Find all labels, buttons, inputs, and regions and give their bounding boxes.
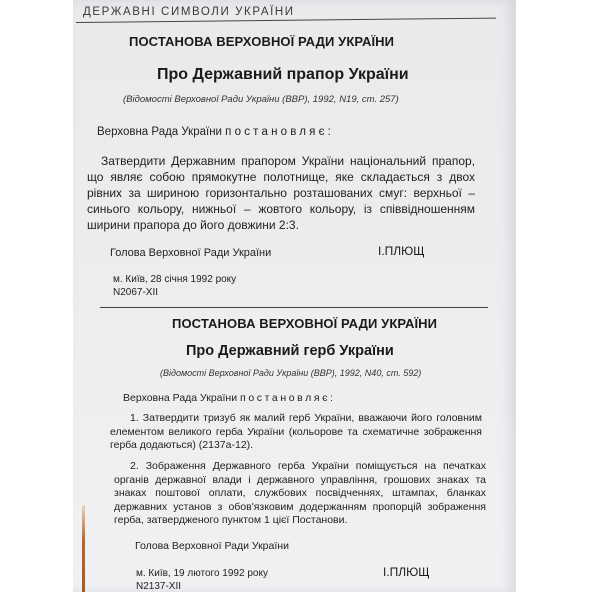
law-title-flag: Про Державний прапор України — [157, 66, 409, 84]
signatory-title-arms: Голова Верховної Ради України — [135, 540, 289, 552]
place-date-flag: м. Київ, 28 січня 1992 року N2067-XII — [113, 273, 236, 299]
signatory-name-arms: І.ПЛЮЩ — [383, 565, 430, 579]
preamble-arms: Верховна Рада України постановляє: — [123, 392, 336, 404]
decree-number-flag: N2067-XII — [113, 286, 236, 299]
preamble-lead: Верховна Рада України — [97, 126, 225, 138]
source-reference-arms: (Відомості Верховної Ради України (ВВР),… — [160, 368, 421, 378]
decree-title-flag: ПОСТАНОВА ВЕРХОВНОЇ РАДИ УКРАЇНИ — [129, 34, 394, 49]
place-date-arms: м. Київ, 19 лютого 1992 року N2137-XII — [136, 567, 268, 593]
running-head: ДЕРЖАВНІ СИМВОЛИ УКРАЇНИ — [83, 6, 295, 18]
arms-paragraph-1: 1. Затвердити тризуб як малий герб Украї… — [110, 412, 482, 453]
arms-paragraph-2: 2. Зображення Державного герба України п… — [114, 460, 486, 528]
date-flag: м. Київ, 28 січня 1992 року — [113, 273, 236, 286]
law-title-arms: Про Державний герб України — [186, 343, 394, 359]
preamble-verb: постановляє: — [240, 392, 336, 404]
decree-title-arms: ПОСТАНОВА ВЕРХОВНОЇ РАДИ УКРАЇНИ — [172, 316, 437, 331]
flag-paragraph-1: Затвердити Державним прапором України на… — [87, 153, 475, 233]
book-cover-edge — [82, 505, 85, 592]
preamble-flag: Верховна Рада України постановляє: — [97, 126, 334, 138]
preamble-verb: постановляє: — [225, 126, 334, 138]
preamble-lead: Верховна Рада України — [123, 392, 240, 404]
section-divider — [100, 307, 488, 308]
source-reference-flag: (Відомості Верховної Ради України (ВВР),… — [123, 94, 399, 105]
date-arms: м. Київ, 19 лютого 1992 року — [136, 567, 268, 580]
signatory-title-flag: Голова Верховної Ради України — [110, 247, 271, 259]
decree-number-arms: N2137-XII — [136, 580, 268, 593]
signatory-name-flag: І.ПЛЮЩ — [378, 244, 425, 258]
